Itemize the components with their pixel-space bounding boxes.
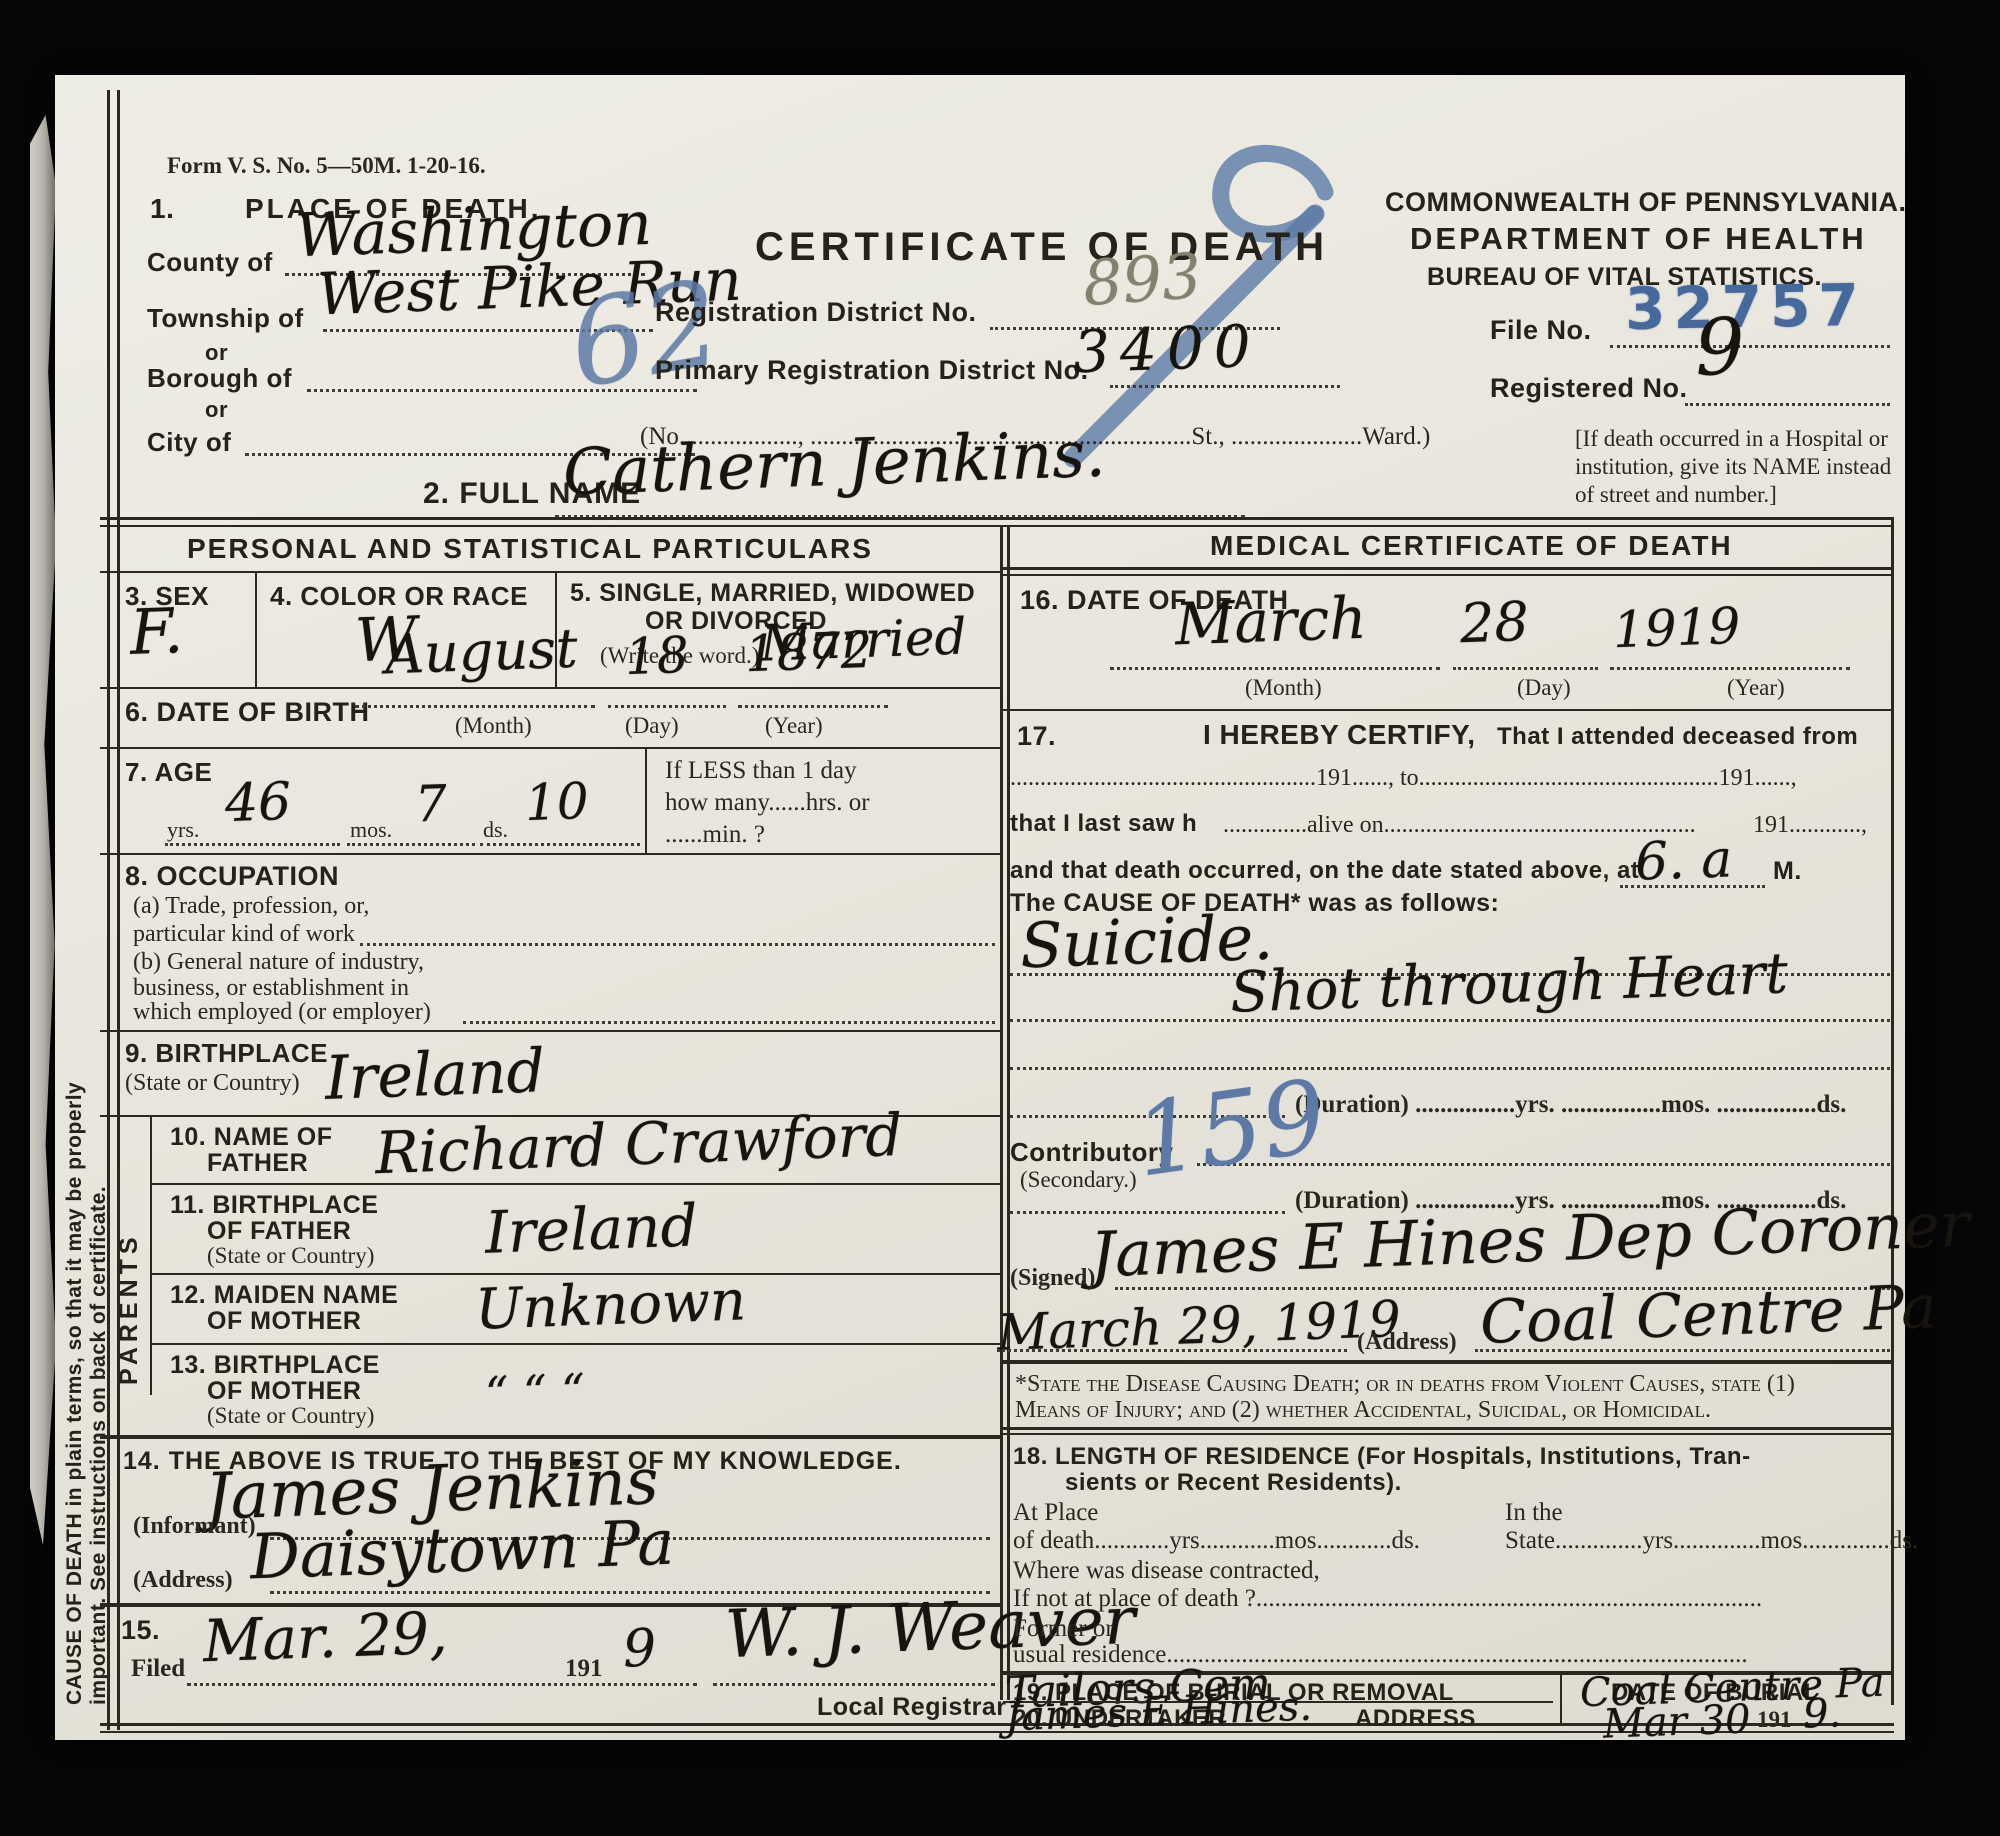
certify-line-2: ........................................… xyxy=(1010,765,1797,792)
blue-pencil-number: 62 xyxy=(559,253,731,415)
filed-year-digit: 9 xyxy=(622,1618,657,1679)
hospital-note: [If death occurred in a Hospital or inst… xyxy=(1575,425,1905,509)
birthplace-value: Ireland xyxy=(324,1036,546,1114)
scanned-death-certificate: CAUSE OF DEATH in plain terms, so that i… xyxy=(0,0,2000,1836)
rule xyxy=(463,1021,995,1024)
age-yrs-hint: yrs. xyxy=(167,817,199,843)
form-number: Form V. S. No. 5—50M. 1-20-16. xyxy=(167,153,486,179)
rule xyxy=(1010,1067,1890,1070)
residence-label-1: 18. LENGTH OF RESIDENCE (For Hospitals, … xyxy=(1013,1443,1751,1471)
certify-line-4: and that death occurred, on the date sta… xyxy=(1010,857,1639,885)
rule-heavy xyxy=(100,1435,1000,1439)
personal-section-title: PERSONAL AND STATISTICAL PARTICULARS xyxy=(187,533,873,565)
age-ds-value: 10 xyxy=(524,772,590,832)
occupation-b2: business, or establishment in xyxy=(133,975,409,1002)
mother-birthplace-label-1: 13. BIRTHPLACE xyxy=(170,1351,380,1380)
age-yrs-value: 46 xyxy=(224,772,292,834)
burial-year-printed: 191 xyxy=(1757,1707,1792,1733)
rule xyxy=(100,747,1000,749)
primary-district-line xyxy=(1110,385,1340,388)
age-ds-hint: ds. xyxy=(483,817,508,843)
informant-hint: (Informant) xyxy=(133,1513,256,1540)
marital-label-1: 5. SINGLE, MARRIED, WIDOWED xyxy=(570,579,975,608)
rule xyxy=(355,705,595,708)
birthplace-hint: (State or Country) xyxy=(125,1070,300,1097)
father-name-label-1: 10. NAME OF xyxy=(170,1123,332,1152)
occupation-b1: (b) General nature of industry, xyxy=(133,949,424,976)
secondary-hint: (Secondary.) xyxy=(1020,1167,1137,1193)
death-day-hint: (Day) xyxy=(1517,675,1571,701)
registered-no-value: 9 xyxy=(1693,302,1746,394)
primary-district-value: 3400 xyxy=(1072,312,1262,387)
filed-year-printed: 191 xyxy=(565,1655,603,1683)
rule xyxy=(1003,1433,1894,1435)
rule xyxy=(1003,567,1894,570)
sex-value: F. xyxy=(129,594,185,669)
section1-number: 1. xyxy=(150,193,174,225)
column-divider-left xyxy=(1000,525,1003,1700)
filed-date-value: Mar. 29, xyxy=(202,1599,449,1675)
occupation-a1: (a) Trade, profession, or, xyxy=(133,893,369,920)
mother-birthplace-hint: (State or Country) xyxy=(207,1403,374,1429)
reg-district-value: 893 xyxy=(1081,239,1204,320)
mother-maiden-label-1: 12. MAIDEN NAME xyxy=(170,1281,398,1310)
certify-section-number: 17. xyxy=(1017,721,1056,752)
primary-district-label: Primary Registration District No. xyxy=(655,355,1089,386)
rule xyxy=(713,1683,995,1686)
occupation-label: 8. OCCUPATION xyxy=(125,861,339,892)
at-place-line: of death............yrs............mos..… xyxy=(1013,1527,1420,1555)
rule xyxy=(100,571,1000,573)
rule xyxy=(187,1683,697,1686)
rule xyxy=(100,1030,1000,1032)
death-month-hint: (Month) xyxy=(1245,675,1322,701)
father-birthplace-hint: (State or Country) xyxy=(207,1243,374,1269)
rule xyxy=(100,853,1000,855)
occupation-a2: particular kind of work xyxy=(133,921,355,948)
rule xyxy=(347,843,475,846)
undertaker-address-label: ADDRESS xyxy=(1355,1705,1476,1733)
certify-line-3a: that I last saw h xyxy=(1010,810,1197,838)
father-birthplace-label-2: OF FATHER xyxy=(207,1217,351,1246)
filed-label: Filed xyxy=(131,1655,185,1683)
certify-line-3b: ..............alive on..................… xyxy=(1223,812,1696,839)
signed-hint: (Signed) xyxy=(1010,1265,1095,1292)
file-no-value: 32757 xyxy=(1624,271,1867,343)
rule xyxy=(738,705,888,708)
rule xyxy=(1610,667,1850,670)
column-divider-right xyxy=(1007,525,1010,1700)
reg-district-label: Registration District No. xyxy=(655,297,977,328)
city-label: City of xyxy=(147,427,231,458)
death-month-value: March xyxy=(1174,584,1368,659)
birthplace-label: 9. BIRTHPLACE xyxy=(125,1038,328,1069)
informant-address-value: Daisytown Pa xyxy=(249,1506,675,1594)
contracted-label-2: If not at place of death ?..............… xyxy=(1013,1585,1762,1613)
footnote-line-1: *State the Disease Causing Death; or in … xyxy=(1015,1371,1795,1398)
mother-maiden-label-2: OF MOTHER xyxy=(207,1307,362,1336)
mother-maiden-value: Unknown xyxy=(474,1268,747,1342)
father-name-value: Richard Crawford xyxy=(374,1101,904,1187)
commonwealth-heading: COMMONWEALTH OF PENNSYLVANIA. xyxy=(1385,187,1906,218)
certify-rest-text: That I attended deceased from xyxy=(1497,723,1858,751)
age-mos-hint: mos. xyxy=(350,817,392,843)
death-time-value: 6. a xyxy=(1634,829,1733,892)
occupation-b3: which employed (or employer) xyxy=(133,999,431,1026)
rule xyxy=(608,705,726,708)
rule xyxy=(480,843,640,846)
rule xyxy=(1453,667,1598,670)
header-divider-bottom xyxy=(100,525,1894,527)
township-label: Township of xyxy=(147,303,304,334)
death-day-value: 28 xyxy=(1459,590,1530,655)
footnote-line-2: Means of Injury; and (2) whether Acciden… xyxy=(1015,1397,1711,1424)
medical-section-title: MEDICAL CERTIFICATE OF DEATH xyxy=(1210,530,1733,562)
rule xyxy=(1010,1019,1890,1022)
certify-bold-text: I HEREBY CERTIFY, xyxy=(1203,719,1475,751)
contracted-label-1: Where was disease contracted, xyxy=(1013,1557,1320,1585)
father-birthplace-label-1: 11. BIRTHPLACE xyxy=(170,1191,378,1220)
registered-no-line xyxy=(1685,403,1890,406)
borough-label: Borough of xyxy=(147,363,292,394)
file-no-label: File No. xyxy=(1490,315,1592,346)
header-divider-top xyxy=(100,517,1894,520)
registered-no-label: Registered No. xyxy=(1490,373,1688,404)
parents-label: PARENTS xyxy=(115,1155,144,1385)
rule xyxy=(645,747,647,853)
dob-month-value: August xyxy=(384,617,579,687)
file-no-line xyxy=(1610,345,1890,348)
signed-address-value: Coal Centre Pa xyxy=(1479,1272,1938,1358)
contributory-blue-number: 159 xyxy=(1128,1057,1333,1199)
death-year-value: 1919 xyxy=(1612,597,1741,659)
rule xyxy=(1475,1349,1890,1352)
left-border-rule-inner xyxy=(117,90,120,1730)
rule xyxy=(100,687,1000,689)
left-border-rule-outer xyxy=(107,90,110,1730)
death-time-m-label: M. xyxy=(1773,857,1802,886)
rule xyxy=(1560,1671,1562,1701)
county-label: County of xyxy=(147,247,273,278)
rule-heavy xyxy=(1003,1360,1894,1364)
rule xyxy=(360,943,995,946)
certificate-paper: CAUSE OF DEATH in plain terms, so that i… xyxy=(55,75,1905,1740)
dob-label: 6. DATE OF BIRTH xyxy=(125,697,370,728)
dob-day-hint: (Day) xyxy=(625,713,679,739)
mother-birthplace-label-2: OF MOTHER xyxy=(207,1377,362,1406)
rule xyxy=(1003,574,1894,576)
mother-birthplace-value: “ “ “ xyxy=(484,1363,586,1420)
informant-address-hint: (Address) xyxy=(133,1567,233,1594)
dob-year-value: 1872 xyxy=(744,621,873,683)
rule xyxy=(1003,1427,1894,1430)
rule xyxy=(150,1183,1000,1185)
age-less-note-3: ......min. ? xyxy=(665,821,765,849)
in-the-label: In the xyxy=(1505,1499,1563,1527)
certificate-title: CERTIFICATE OF DEATH xyxy=(755,225,1329,270)
rule xyxy=(1003,709,1894,711)
margin-note-outer: CAUSE OF DEATH in plain terms, so that i… xyxy=(63,405,87,1705)
at-place-label: At Place xyxy=(1013,1499,1098,1527)
registrar-label: Local Registrar xyxy=(817,1693,1007,1722)
certify-line-3c: 191............, xyxy=(1753,812,1867,839)
rule xyxy=(1110,667,1440,670)
dob-day-value: 18 xyxy=(624,626,690,686)
cause-value-2: Shot through Heart xyxy=(1229,941,1789,1025)
duration-line-1: (Duration) ................yrs. ........… xyxy=(1295,1091,1846,1119)
rule xyxy=(150,1343,1000,1345)
father-name-label-2: FATHER xyxy=(207,1149,308,1178)
age-mos-value: 7 xyxy=(414,774,448,833)
in-the-line: State..............yrs..............mos.… xyxy=(1505,1527,1918,1555)
death-year-hint: (Year) xyxy=(1727,675,1785,701)
age-less-note-1: If LESS than 1 day xyxy=(665,757,857,785)
age-label: 7. AGE xyxy=(125,757,212,788)
torn-paper-edge xyxy=(30,115,56,1545)
rule xyxy=(997,1349,1347,1352)
father-birthplace-value: Ireland xyxy=(484,1191,699,1266)
rule xyxy=(1560,1701,1562,1723)
age-less-note-2: how many......hrs. or xyxy=(665,789,870,817)
dob-month-hint: (Month) xyxy=(455,713,532,739)
filed-section-number: 15. xyxy=(121,1615,160,1646)
residence-label-2: sients or Recent Residents). xyxy=(1065,1469,1402,1497)
dob-year-hint: (Year) xyxy=(765,713,823,739)
former-label-1: Former or xyxy=(1013,1615,1114,1643)
rule xyxy=(165,843,340,846)
signed-address-hint: (Address) xyxy=(1357,1329,1457,1356)
rule xyxy=(150,1115,152,1395)
department-heading: DEPARTMENT OF HEALTH xyxy=(1410,221,1867,257)
or-label-2: or xyxy=(205,397,228,423)
rule xyxy=(255,571,257,687)
